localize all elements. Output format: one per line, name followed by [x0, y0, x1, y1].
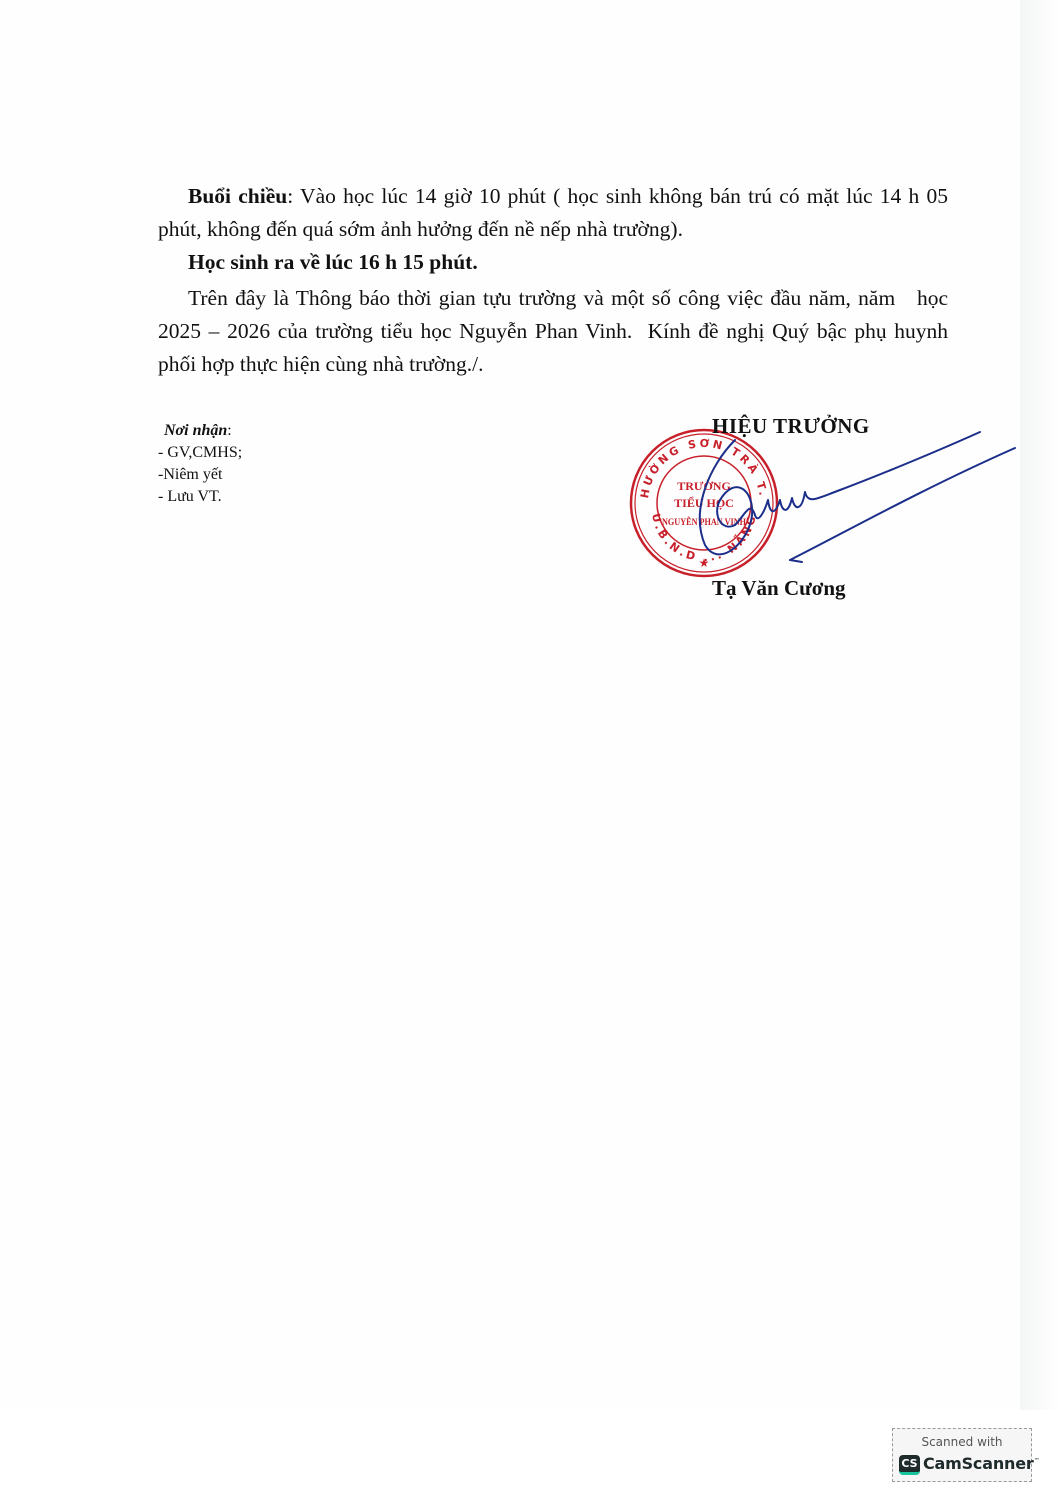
recipient-item: - Lưu VT.: [158, 486, 242, 508]
closing-text: Trên đây là Thông báo thời gian tựu trườ…: [158, 286, 953, 376]
recipients-title: Nơi nhận:: [158, 420, 242, 442]
afternoon-label: Buổi chiều: [188, 184, 287, 208]
dismissal-text: Học sinh ra về lúc 16 h 15 phút.: [188, 250, 478, 274]
recipient-item: -Niêm yết: [158, 464, 242, 486]
dismissal-paragraph: Học sinh ra về lúc 16 h 15 phút.: [158, 246, 948, 279]
recipient-item: - GV,CMHS;: [158, 442, 242, 464]
watermark-caption: Scanned with: [893, 1435, 1031, 1449]
closing-paragraph: Trên đây là Thông báo thời gian tựu trườ…: [158, 282, 948, 381]
camscanner-watermark: Scanned with CS CamScanner™: [892, 1428, 1032, 1482]
camscanner-logo-icon: CS: [899, 1455, 920, 1475]
recipients-block: Nơi nhận: - GV,CMHS; -Niêm yết - Lưu VT.: [158, 420, 242, 508]
watermark-brand: CamScanner™: [923, 1454, 1039, 1473]
signer-name: Tạ Văn Cương: [712, 576, 846, 601]
afternoon-schedule-paragraph: Buổi chiều: Vào học lúc 14 giờ 10 phút (…: [158, 180, 948, 246]
scan-edge-shadow: [1020, 0, 1060, 1410]
handwritten-signature: [640, 420, 1020, 590]
